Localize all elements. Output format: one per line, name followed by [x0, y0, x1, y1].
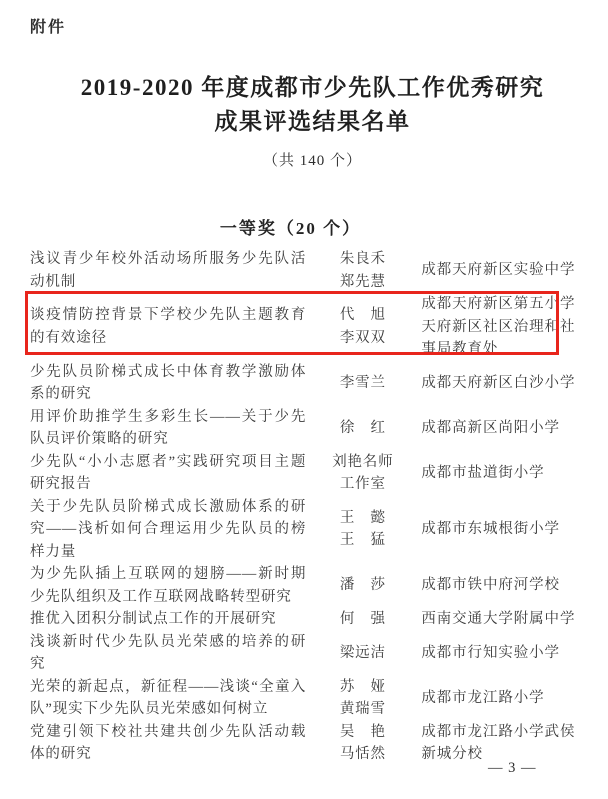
research-title: 浅谈新时代少先队员光荣感的培养的研究	[30, 631, 306, 676]
author-names: 潘 莎	[330, 574, 395, 597]
author-name: 梁远洁	[330, 642, 395, 665]
school-name: 成都市龙江路小学武侯新城分校	[421, 721, 595, 766]
author-name: 李双双	[330, 327, 395, 350]
research-title: 推优入团积分制试点工作的开展研究	[30, 608, 306, 631]
research-title: 少先队员阶梯式成长中体育教学激励体系的研究	[30, 361, 306, 406]
author-name: 工作室	[330, 473, 395, 496]
school-line: 成都市龙江路小学武侯	[421, 721, 595, 744]
table-row: 浅议青少年校外活动场所服务少先队活动机制朱良禾郑先慧成都天府新区实验中学	[30, 248, 595, 293]
table-row: 关于少先队员阶梯式成长激励体系的研究——浅析如何合理运用少先队员的榜样力量王 懿…	[30, 496, 595, 564]
table-row: 用评价助推学生多彩生长——关于少先队员评价策略的研究徐 红成都高新区尚阳小学	[30, 406, 595, 451]
school-line: 西南交通大学附属中学	[421, 608, 595, 631]
author-names: 何 强	[330, 608, 395, 631]
research-title: 为少先队插上互联网的翅膀——新时期少先队组织及工作互联网战略转型研究	[30, 563, 306, 608]
author-name: 徐 红	[330, 417, 395, 440]
document-title-line1: 2019-2020 年度成都市少先队工作优秀研究	[30, 71, 595, 105]
author-name: 潘 莎	[330, 574, 395, 597]
table-row: 谈疫情防控背景下学校少先队主题教育的有效途径代 旭李双双成都天府新区第五小学天府…	[30, 293, 595, 361]
author-names: 王 懿王 猛	[330, 507, 395, 552]
school-line: 成都市盐道街小学	[421, 462, 595, 485]
table-row: 浅谈新时代少先队员光荣感的培养的研究梁远洁成都市行知实验小学	[30, 631, 595, 676]
total-count-subtitle: （共 140 个）	[30, 149, 595, 170]
author-name: 朱良禾	[330, 248, 395, 271]
author-names: 代 旭李双双	[330, 304, 395, 349]
table-row: 少先队“小小志愿者”实践研究项目主题研究报告刘艳名师工作室成都市盐道街小学	[30, 451, 595, 496]
research-title: 少先队“小小志愿者”实践研究项目主题研究报告	[30, 451, 306, 496]
author-names: 李雪兰	[330, 372, 395, 395]
author-names: 刘艳名师工作室	[330, 451, 395, 496]
section-heading-first-prize: 一等奖（20 个）	[8, 214, 573, 239]
author-name: 王 猛	[330, 529, 395, 552]
author-name: 马恬然	[330, 743, 395, 766]
school-line: 成都市铁中府河学校	[421, 574, 595, 597]
author-names: 徐 红	[330, 417, 395, 440]
school-name: 成都天府新区白沙小学	[421, 372, 595, 395]
school-line: 成都天府新区白沙小学	[421, 372, 595, 395]
school-name: 成都市行知实验小学	[421, 642, 595, 665]
document-title-line2: 成果评选结果名单	[30, 105, 595, 139]
table-row: 为少先队插上互联网的翅膀——新时期少先队组织及工作互联网战略转型研究潘 莎成都市…	[30, 563, 595, 608]
author-names: 梁远洁	[330, 642, 395, 665]
school-line: 成都市龙江路小学	[421, 687, 595, 710]
school-line: 成都高新区尚阳小学	[421, 417, 595, 440]
school-name: 成都天府新区第五小学天府新区社区治理和社事局教育处	[421, 293, 595, 361]
school-name: 成都市龙江路小学	[421, 687, 595, 710]
author-names: 吴 艳马恬然	[330, 721, 395, 766]
author-name: 王 懿	[330, 507, 395, 530]
school-name: 西南交通大学附属中学	[421, 608, 595, 631]
author-name: 刘艳名师	[330, 451, 395, 474]
author-name: 代 旭	[330, 304, 395, 327]
table-row: 少先队员阶梯式成长中体育教学激励体系的研究李雪兰成都天府新区白沙小学	[30, 361, 595, 406]
school-name: 成都市铁中府河学校	[421, 574, 595, 597]
school-name: 成都市盐道街小学	[421, 462, 595, 485]
table-row: 光荣的新起点，新征程——浅谈“全童入队”现实下少先队员光荣感如何树立苏 娅黄瑞雪…	[30, 676, 595, 721]
document-page: 附件 2019-2020 年度成都市少先队工作优秀研究 成果评选结果名单 （共 …	[0, 0, 608, 799]
school-name: 成都天府新区实验中学	[421, 259, 595, 282]
page-number: — 3 —	[488, 760, 537, 777]
author-name: 李雪兰	[330, 372, 395, 395]
school-line: 事局教育处	[421, 338, 595, 361]
research-title: 光荣的新起点，新征程——浅谈“全童入队”现实下少先队员光荣感如何树立	[30, 676, 306, 721]
school-line: 天府新区社区治理和社	[421, 316, 595, 339]
author-name: 何 强	[330, 608, 395, 631]
school-line: 成都市东城根街小学	[421, 518, 595, 541]
school-line: 成都天府新区实验中学	[421, 259, 595, 282]
table-row: 党建引领下校社共建共创少先队活动载体的研究吴 艳马恬然成都市龙江路小学武侯新城分…	[30, 721, 595, 766]
research-title: 党建引领下校社共建共创少先队活动载体的研究	[30, 721, 306, 766]
author-name: 吴 艳	[330, 721, 395, 744]
document-title: 2019-2020 年度成都市少先队工作优秀研究 成果评选结果名单	[30, 71, 595, 139]
research-title: 关于少先队员阶梯式成长激励体系的研究——浅析如何合理运用少先队员的榜样力量	[30, 496, 306, 564]
attachment-label: 附件	[30, 14, 595, 37]
school-line: 成都天府新区第五小学	[421, 293, 595, 316]
research-title: 谈疫情防控背景下学校少先队主题教育的有效途径	[30, 304, 306, 349]
author-name: 苏 娅	[330, 676, 395, 699]
school-name: 成都市东城根街小学	[421, 518, 595, 541]
school-name: 成都高新区尚阳小学	[421, 417, 595, 440]
school-line: 成都市行知实验小学	[421, 642, 595, 665]
author-name: 郑先慧	[330, 271, 395, 294]
research-title: 用评价助推学生多彩生长——关于少先队员评价策略的研究	[30, 406, 306, 451]
author-names: 朱良禾郑先慧	[330, 248, 395, 293]
table-row: 推优入团积分制试点工作的开展研究何 强西南交通大学附属中学	[30, 608, 595, 631]
author-name: 黄瑞雪	[330, 698, 395, 721]
research-title: 浅议青少年校外活动场所服务少先队活动机制	[30, 248, 306, 293]
author-names: 苏 娅黄瑞雪	[330, 676, 395, 721]
award-table: 浅议青少年校外活动场所服务少先队活动机制朱良禾郑先慧成都天府新区实验中学谈疫情防…	[30, 248, 595, 766]
